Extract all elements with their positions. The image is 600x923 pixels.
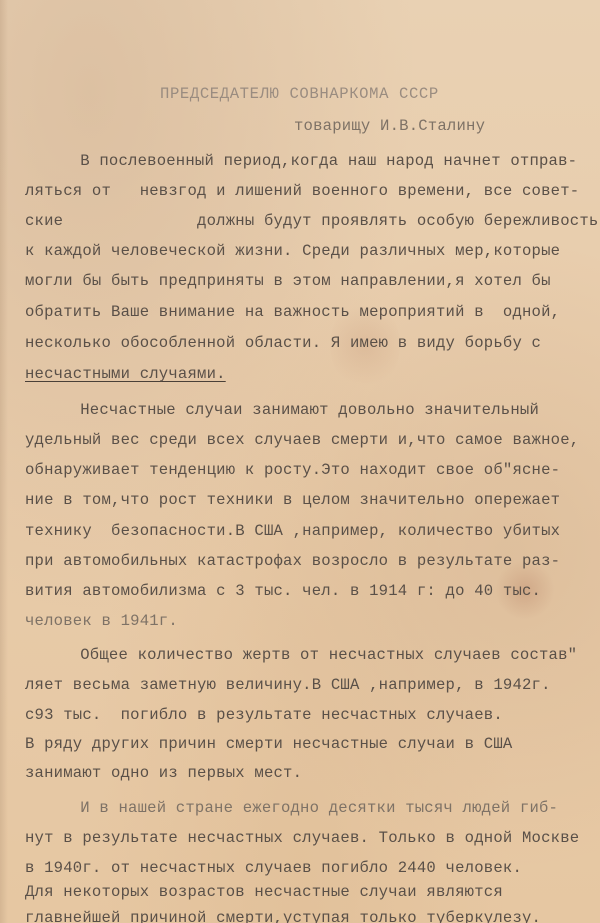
text-line: при автомобильных катастрофах возросло в… (25, 551, 560, 571)
text-line: ские должны будут проявлять особую береж… (25, 211, 598, 231)
text-line: занимают одно из первых мест. (25, 763, 302, 783)
letter-heading: ПРЕДСЕДАТЕЛЮ СОВНАРКОМА СССР (160, 84, 439, 104)
text-line: В послевоенный период,когда наш народ на… (42, 151, 577, 171)
text-line: несколько обособленной области. Я имею в… (25, 333, 541, 353)
text-line: человек в 1941г. (25, 611, 178, 631)
text-line: обратить Ваше внимание на важность мероп… (25, 302, 560, 322)
text-line: ляться от невзгод и лишений военного вре… (25, 181, 579, 201)
text-line: удельный вес среди всех случаев смерти и… (25, 430, 579, 450)
text-line: технику безопасности.В США ,например, ко… (25, 521, 560, 541)
text-line: ляет весьма заметную величину.В США ,нап… (25, 675, 551, 695)
text-line: могли бы быть предприняты в этом направл… (25, 271, 551, 291)
text-line: Для некоторых возрастов несчастные случа… (25, 882, 503, 902)
text-line: Несчастные случаи занимают довольно знач… (42, 400, 539, 420)
text-line: В ряду других причин смерти несчастные с… (25, 734, 512, 754)
text-line: с93 тыс. погибло в результате несчастных… (25, 705, 503, 725)
text-line: в 1940г. от несчастных случаев погибло 2… (25, 858, 522, 878)
typewritten-letter-page: ПРЕДСЕДАТЕЛЮ СОВНАРКОМА СССР товарищу И.… (0, 0, 600, 923)
text-line: Общее количество жертв от несчастных слу… (42, 645, 577, 665)
paper-fold-shadow (0, 0, 8, 923)
text-line: главнейшей причиной смерти,уступая тольк… (25, 908, 541, 923)
text-line: И в нашей стране ежегодно десятки тысяч … (42, 798, 558, 818)
text-line: вития автомобилизма с 3 тыс. чел. в 1914… (25, 581, 541, 601)
text-line: к каждой человеческой жизни. Среди разли… (25, 241, 560, 261)
text-line: обнаруживает тенденцию к росту.Это наход… (25, 460, 560, 480)
text-line: ние в том,что рост техники в целом значи… (25, 490, 560, 510)
letter-addressee: товарищу И.В.Сталину (294, 116, 485, 136)
text-line: нут в результате несчастных случаев. Тол… (25, 828, 579, 848)
text-line-underlined: несчастными случаями. (25, 364, 226, 384)
